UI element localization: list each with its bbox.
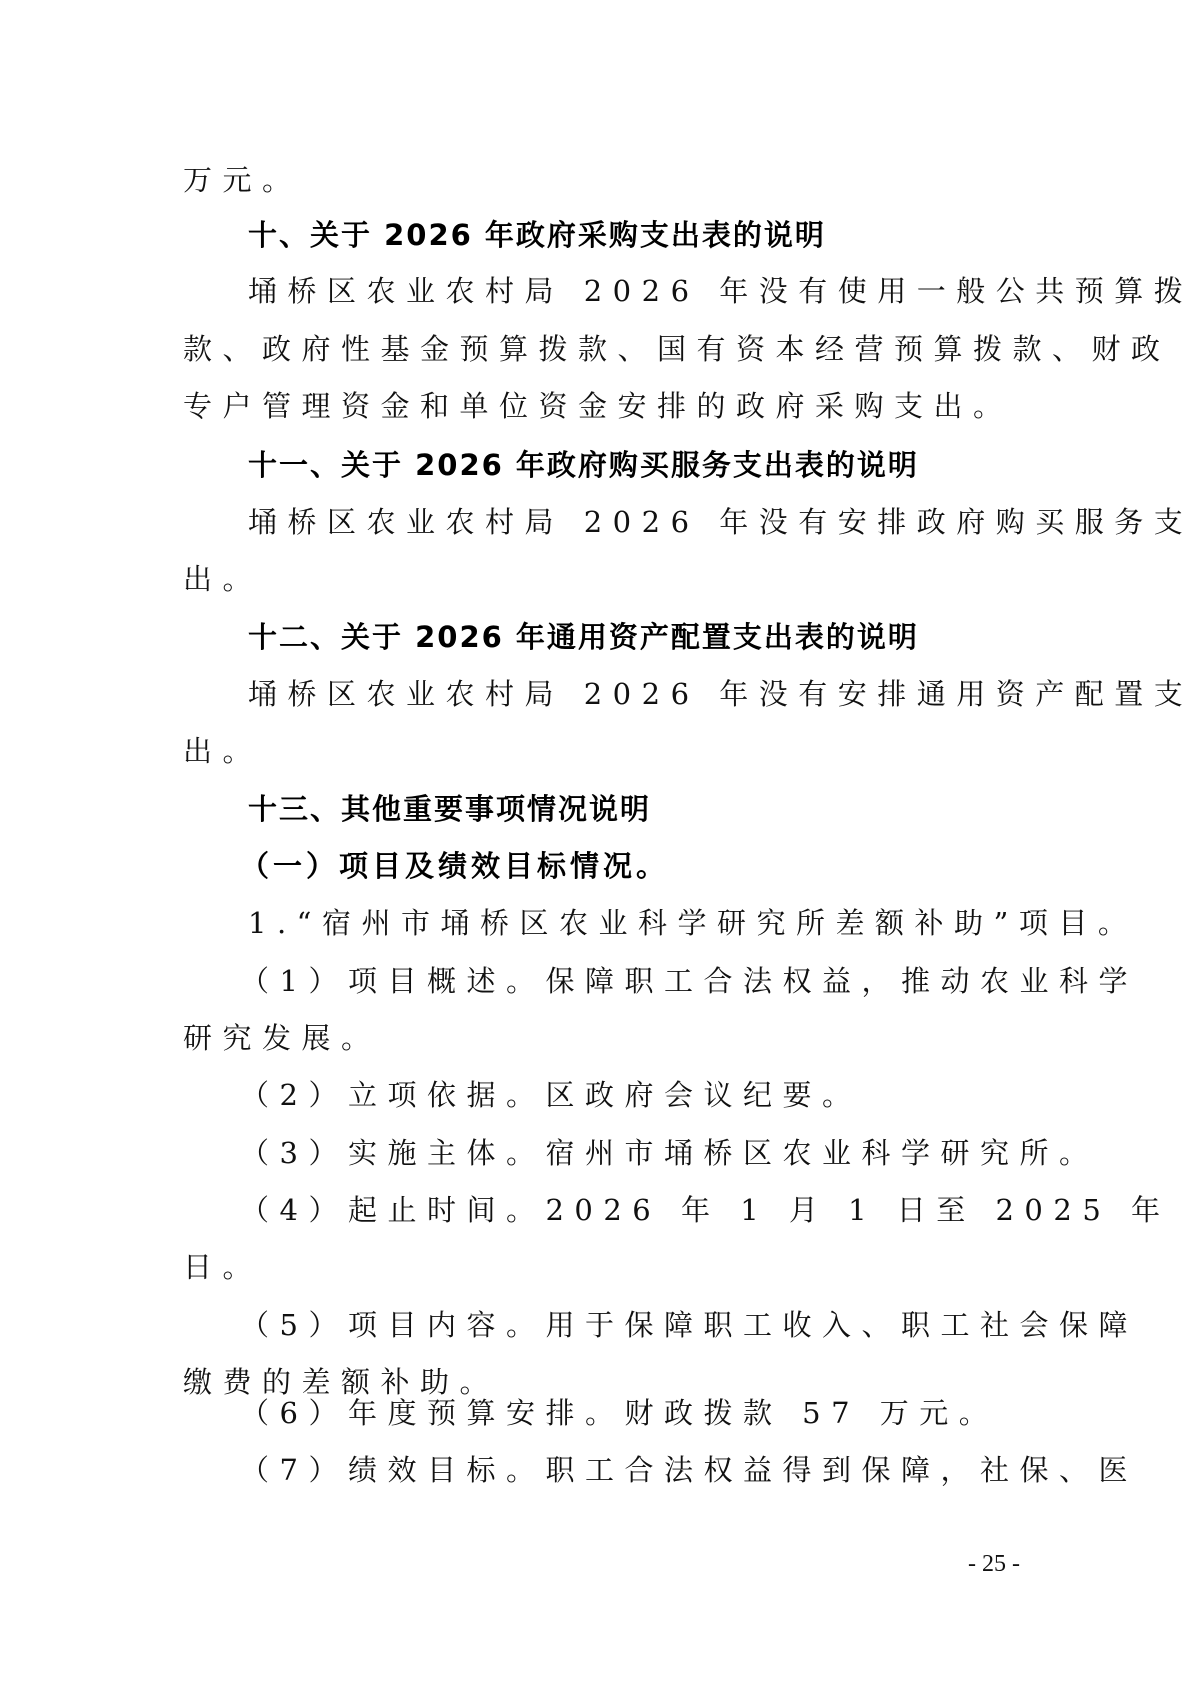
list-item: （5）项目内容。用于保障职工收入、职工社会保障 (240, 1305, 1070, 1345)
project-title-line: 1.“宿州市埇桥区农业科学研究所差额补助”项目。 (248, 903, 1078, 943)
body-line: 万元。 (183, 160, 1013, 200)
document-page: 万元。 十、关于 2026 年政府采购支出表的说明 埇桥区农业农村局 2026 … (0, 0, 1190, 1683)
list-item: （2）立项依据。区政府会议纪要。 (240, 1075, 1070, 1115)
page-number: - 25 - (968, 1550, 1020, 1578)
body-line: 出。 (183, 731, 1013, 771)
list-item: （4）起止时间。2026 年 1 月 1 日至 2025 年 12 月 31 (240, 1190, 1070, 1230)
body-line: 埇桥区农业农村局 2026 年没有使用一般公共预算拨 (248, 271, 1078, 311)
subsection-heading: （一）项目及绩效目标情况。 (240, 846, 1070, 886)
section-heading-10: 十、关于 2026 年政府采购支出表的说明 (248, 215, 1078, 255)
body-line: 日。 (183, 1247, 1013, 1287)
list-item: （1）项目概述。保障职工合法权益，推动农业科学 (240, 961, 1070, 1001)
list-item: （7）绩效目标。职工合法权益得到保障，社保、医 (240, 1450, 1070, 1490)
body-line: 出。 (183, 559, 1013, 599)
body-line: 专户管理资金和单位资金安排的政府采购支出。 (183, 386, 1013, 426)
section-heading-11: 十一、关于 2026 年政府购买服务支出表的说明 (248, 445, 1078, 485)
list-item: （3）实施主体。宿州市埇桥区农业科学研究所。 (240, 1133, 1070, 1173)
list-item: （6）年度预算安排。财政拨款 57 万元。 (240, 1393, 1070, 1433)
section-heading-12: 十二、关于 2026 年通用资产配置支出表的说明 (248, 617, 1078, 657)
body-line: 款、政府性基金预算拨款、国有资本经营预算拨款、财政 (183, 329, 1013, 369)
body-line: 埇桥区农业农村局 2026 年没有安排政府购买服务支 (248, 502, 1078, 542)
section-heading-13: 十三、其他重要事项情况说明 (248, 789, 1078, 829)
body-line: 埇桥区农业农村局 2026 年没有安排通用资产配置支 (248, 674, 1078, 714)
body-line: 研究发展。 (183, 1018, 1013, 1058)
